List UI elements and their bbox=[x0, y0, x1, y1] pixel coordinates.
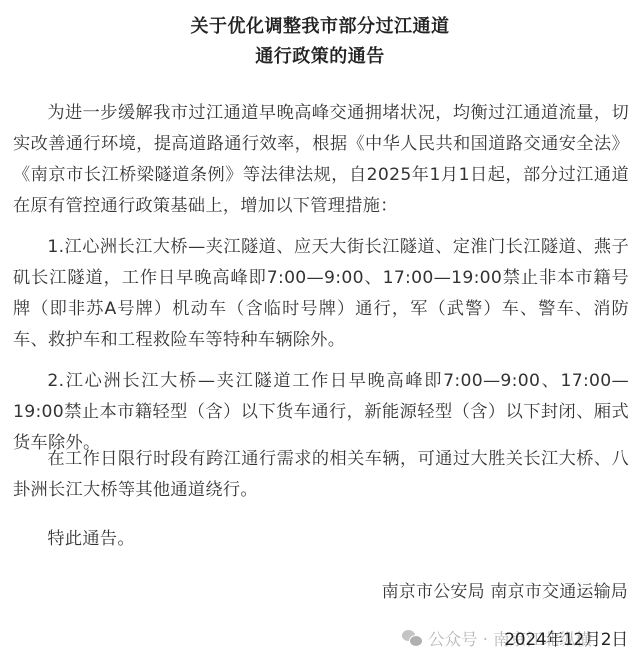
issue-date: 2024年12月2日 bbox=[504, 625, 628, 650]
issuer-signature: 南京市公安局 南京市交通运输局 bbox=[382, 577, 628, 602]
wechat-icon bbox=[402, 629, 422, 647]
paragraph-intro: 为进一步缓解我市过江通道早晚高峰交通拥堵状况，均衡过江通道流量，切实改善通行环境… bbox=[13, 98, 629, 222]
notice-title-line-2: 通行政策的通告 bbox=[0, 42, 640, 68]
paragraph-detour: 在工作日限行时段有跨江通行需求的相关车辆，可通过大胜关长江大桥、八卦洲长江大桥等… bbox=[13, 444, 629, 506]
paragraph-closing: 特此通告。 bbox=[13, 524, 629, 555]
paragraph-measure-1: 1.江心洲长江大桥—夹江隧道、应天大街长江隧道、定淮门长江隧道、燕子矶长江隧道，… bbox=[13, 232, 629, 356]
notice-title-line-1: 关于优化调整我市部分过江通道 bbox=[0, 12, 640, 38]
notice-document: 关于优化调整我市部分过江通道 通行政策的通告 为进一步缓解我市过江通道早晚高峰交… bbox=[0, 0, 640, 672]
